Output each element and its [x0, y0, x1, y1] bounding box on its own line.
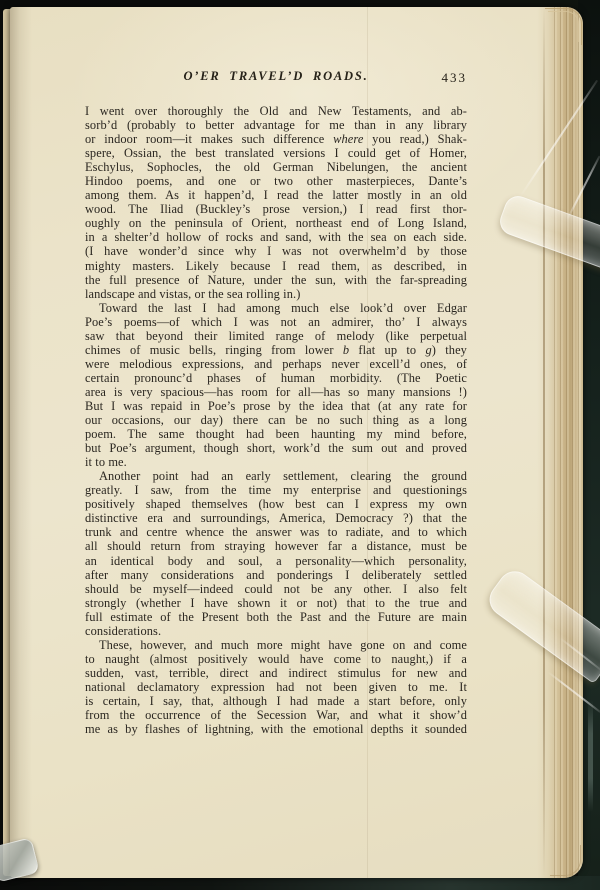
book-page: O’ER TRAVEL’D ROADS. 433 I went over tho… — [10, 7, 583, 878]
text-line: among them. As it happen’d, I read the l… — [85, 188, 467, 202]
text-line: national declamatory expression had not … — [85, 680, 467, 694]
text-line: spere, Ossian, the best translated versi… — [85, 146, 467, 160]
text-line: wood. The Iliad (Buckley’s prose version… — [85, 202, 467, 216]
text-line: sorb’d (probably to better advantage for… — [85, 118, 467, 132]
running-title: O’ER TRAVEL’D ROADS. — [85, 69, 467, 84]
scanned-book-photo: O’ER TRAVEL’D ROADS. 433 I went over tho… — [0, 0, 600, 890]
text-line: certain pronounc’d phases of human morbi… — [85, 371, 467, 385]
text-line: I went over thoroughly the Old and New T… — [85, 104, 467, 118]
paragraph: Toward the last I had among much else lo… — [85, 301, 467, 470]
text-line: me as by flashes of lightning, with the … — [85, 722, 467, 736]
gutter-shadow — [10, 7, 32, 878]
text-line: were melodious expressions, and perhaps … — [85, 357, 467, 371]
text-line: poem. The same thought had been haunting… — [85, 427, 467, 441]
text-line: Toward the last I had among much else lo… — [85, 301, 467, 315]
paragraph: I went over thoroughly the Old and New T… — [85, 104, 467, 301]
text-line: full estimate of the Present both the Pa… — [85, 610, 467, 624]
text-line: but Poe’s argument, though short, work’d… — [85, 441, 467, 455]
text-line: Hindoo poems, and one or two other maste… — [85, 174, 467, 188]
text-line: all should return from straying however … — [85, 539, 467, 553]
text-line: the full presence of Nature, under the s… — [85, 273, 467, 287]
text-line: (I have wonder’d since why I was not ove… — [85, 244, 467, 258]
text-line: Eschylus, Sophocles, the old German Nibe… — [85, 160, 467, 174]
text-line: landscape and vistas, or the sea rolling… — [85, 287, 467, 301]
text-line: area is very spacious—has room for all—h… — [85, 385, 467, 399]
text-line: But I was repaid in Poe’s prose by the i… — [85, 399, 467, 413]
text-line: our occasions, our day) there can be no … — [85, 413, 467, 427]
background-bottom — [0, 876, 600, 890]
text-line: Poe’s poems—of which I was not an admire… — [85, 315, 467, 329]
text-line: oughly on the peninsula of Orient, north… — [85, 216, 467, 230]
paragraph: These, however, and much more might have… — [85, 638, 467, 736]
text-line: Another point had an early settlement, c… — [85, 469, 467, 483]
text-line: distinctive era and surroundings, Americ… — [85, 511, 467, 525]
text-line: from the occurrence of the Secession War… — [85, 708, 467, 722]
page-number: 433 — [442, 70, 468, 86]
text-line: mighty masters. Likely because I read th… — [85, 259, 467, 273]
text-line: positively shaped themselves (how best c… — [85, 497, 467, 511]
text-line: trunk and centre whence the answer was t… — [85, 525, 467, 539]
text-line: should be myself—indeed could not be any… — [85, 582, 467, 596]
paragraph: Another point had an early settlement, c… — [85, 469, 467, 638]
running-head: O’ER TRAVEL’D ROADS. 433 — [85, 69, 467, 87]
text-line: after many considerations and ponderings… — [85, 568, 467, 582]
text-line: in a shelter’d hollow of rocks and sand,… — [85, 230, 467, 244]
text-line: greatly. I saw, from the time my enterpr… — [85, 483, 467, 497]
text-line: considerations. — [85, 624, 467, 638]
text-line: is certain, I say, that, although I had … — [85, 694, 467, 708]
text-line: it to me. — [85, 455, 467, 469]
text-line: chimes of music bells, ringing from lowe… — [85, 343, 467, 357]
text-line: or indoor room—it makes such difference … — [85, 132, 467, 146]
text-line: strongly (whether I have shown it or not… — [85, 596, 467, 610]
text-line: saw that beyond their limited range of m… — [85, 329, 467, 343]
text-line: These, however, and much more might have… — [85, 638, 467, 652]
text-line: an identical body and soul, a personalit… — [85, 554, 467, 568]
body-text: I went over thoroughly the Old and New T… — [85, 104, 467, 736]
text-line: to naught (almost positively would have … — [85, 652, 467, 666]
text-line: sudden, vast, terrible, direct and indir… — [85, 666, 467, 680]
